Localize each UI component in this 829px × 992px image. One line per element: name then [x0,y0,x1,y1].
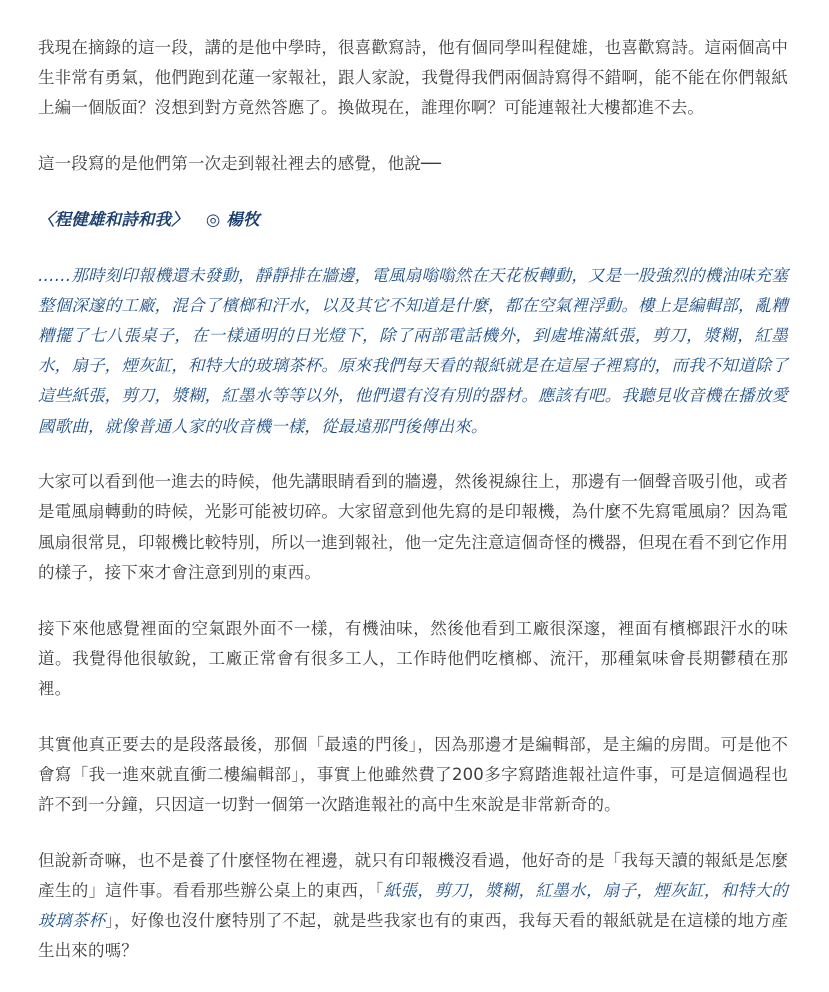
final-paragraph: 但說新奇嘛，也不是養了什麼怪物在裡邊，就只有印報機沒看過，他好奇的是「我每天讀的… [38,846,788,967]
intro-paragraph: 我現在摘錄的這一段，講的是他中學時，很喜歡寫詩，他有個同學叫程健雄，也喜歡寫詩。… [38,33,788,124]
quote-heading: 〈程健雄和詩和我〉◎ 楊牧 [38,205,788,235]
commentary-paragraph: 大家可以看到他一進去的時候，他先講眼睛看到的牆邊，然後視線往上，那邊有一個聲音吸… [38,467,788,588]
quote-title: 〈程健雄和詩和我〉 [38,210,188,229]
final-text-after: 」，好像也沒什麼特別了不起，就是些我家也有的東西，我每天看的報紙就是在這樣的地方… [38,911,788,960]
article-body: 我現在摘錄的這一段，講的是他中學時，很喜歡寫詩，他有個同學叫程健雄，也喜歡寫詩。… [38,33,788,992]
commentary-paragraph: 接下來他感覺裡面的空氣跟外面不一樣，有機油味，然後他看到工廠很深邃，裡面有檳榔跟… [38,614,788,705]
quote-excerpt: ……那時刻印報機還未發動，靜靜排在牆邊，電風扇嗡嗡然在天花板轉動，又是一股強烈的… [38,261,788,442]
quote-author: ◎ 楊牧 [206,210,260,229]
commentary-paragraph: 其實他真正要去的是段落最後，那個「最遠的門後」，因為那邊才是編輯部，是主編的房間… [38,730,788,821]
lead-in-paragraph: 這一段寫的是他們第一次走到報社裡去的感覺，他說── [38,149,788,179]
